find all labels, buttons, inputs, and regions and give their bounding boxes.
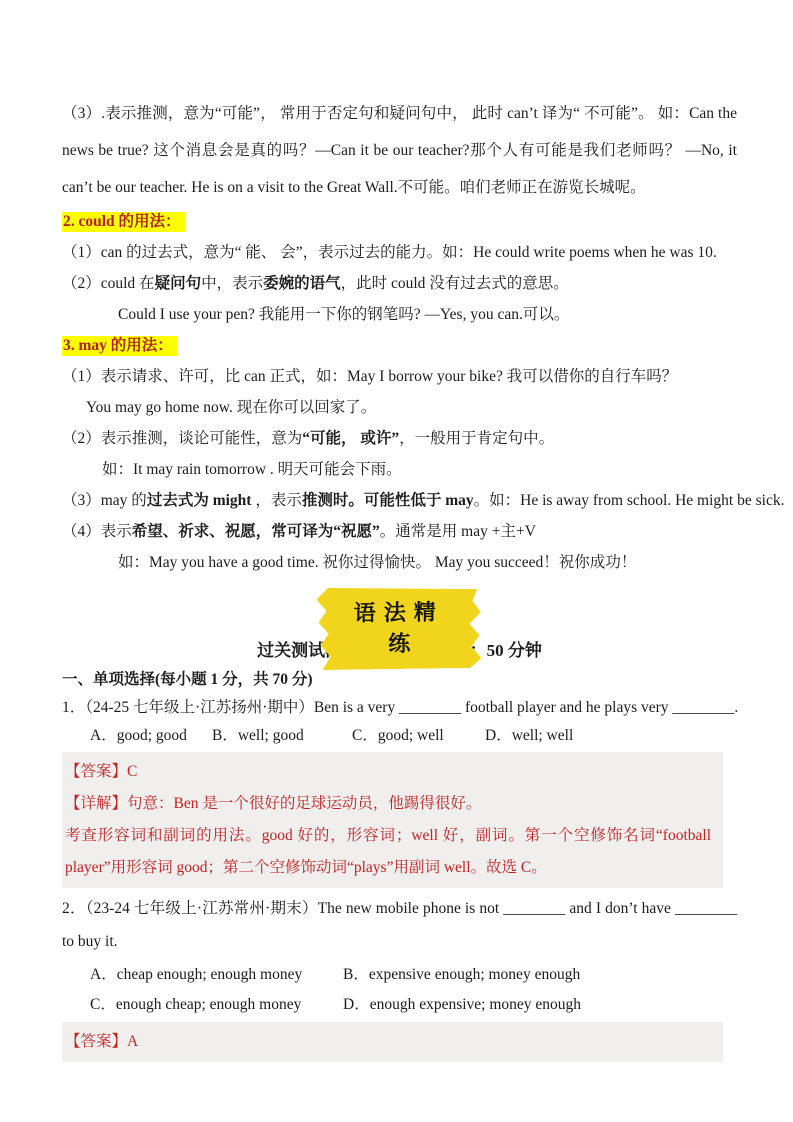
answer-block-q1: 【答案】C 【详解】句意：Ben 是一个很好的足球运动员，他踢得很好。 考查形容… (62, 752, 723, 888)
may-point-4: （4）表示希望、祈求、祝愿，常可译为“祝愿”。通常是用 may +主+V (62, 516, 737, 547)
explanation-q1-line1: 【详解】句意：Ben 是一个很好的足球运动员，他踢得很好。 (62, 788, 723, 820)
may-point-2-example: 如：It may rain tomorrow . 明天可能会下雨。 (62, 454, 737, 485)
question-1-option-d: D．well; well (485, 722, 737, 750)
could-usage-heading: 2. could 的用法： (62, 212, 185, 232)
answer-label-q2: 【答案】A (62, 1026, 723, 1058)
badge-label: 语法精练 (354, 600, 444, 657)
text-run: （2）表示推测，谈论可能性，意为 (62, 430, 302, 447)
bold-run: 过去式为 might (147, 492, 256, 509)
may-point-2: （2）表示推测，谈论可能性，意为“可能， 或许”，一般用于肯定句中。 (62, 423, 737, 454)
can-usage-point-3: （3）.表示推测，意为“可能”， 常用于否定句和疑问句中， 此时 can’t 译… (62, 96, 737, 206)
question-2-stem: 2．（23-24 七年级上·江苏常州·期末）The new mobile pho… (62, 892, 737, 958)
text-run: ，此时 could 没有过去式的意思。 (341, 275, 569, 292)
question-1-option-a: A．good; good (90, 722, 212, 750)
text-run: 。通常是用 may +主+V (380, 523, 536, 540)
explanation-q1-line2: 考查形容词和副词的用法。good 好的，形容词；well 好，副词。第一个空修饰… (62, 820, 723, 884)
question-2-option-d: D．enough expensive; money enough (343, 990, 737, 1020)
text-run: （2）could 在 (62, 275, 155, 292)
bold-run: 疑问句 (155, 275, 202, 292)
badge-row: 语法精练 (62, 587, 737, 633)
question-1-stem: 1．（24-25 七年级上·江苏扬州·期中）Ben is a very ____… (62, 694, 737, 722)
bold-run: 推测时。可能性低于 may (302, 492, 474, 509)
may-point-4-example: 如：May you have a good time. 祝你过得愉快。 May … (62, 547, 737, 578)
text-run: ，一般用于肯定句中。 (399, 430, 554, 447)
may-point-1-example: You may go home now. 现在你可以回家了。 (62, 392, 737, 423)
question-2-options: A．cheap enough; enough money B．expensive… (62, 960, 737, 1020)
section-title: 一、单项选择(每小题 1 分，共 70 分) (62, 666, 737, 694)
answer-label-q1: 【答案】C (62, 756, 723, 788)
text-run: 。如：He is away from school. He might be s… (474, 492, 785, 509)
question-1-option-c: C．good; well (352, 722, 485, 750)
question-2-option-a: A．cheap enough; enough money (90, 960, 343, 990)
could-usage-heading-line: 2. could 的用法： (62, 206, 737, 237)
text-run: （3）may 的 (62, 492, 147, 509)
could-example: Could I use your pen? 我能用一下你的钢笔吗? —Yes, … (62, 299, 737, 330)
could-point-1: （1）can 的过去式，意为“ 能、 会”，表示过去的能力。如：He could… (62, 237, 737, 268)
practice-section-badge: 语法精练 (317, 586, 482, 670)
bold-run: 希望、祈求、祝愿，常可译为“祝愿” (132, 523, 380, 540)
may-point-3: （3）may 的过去式为 might ，表示推测时。可能性低于 may。如：He… (62, 485, 737, 516)
may-usage-heading: 3. may 的用法： (62, 336, 177, 356)
grammar-notes-section: （3）.表示推测，意为“可能”， 常用于否定句和疑问句中， 此时 can’t 译… (62, 96, 737, 578)
bold-run: “可能， 或许” (302, 430, 399, 447)
document-page: （3）.表示推测，意为“可能”， 常用于否定句和疑问句中， 此时 can’t 译… (0, 0, 793, 1122)
question-2-option-c: C．enough cheap; enough money (90, 990, 343, 1020)
question-1-option-b: B．well; good (212, 722, 352, 750)
text-run: （4）表示 (62, 523, 132, 540)
bold-run: 委婉的语气 (263, 275, 341, 292)
text-run: 中，表示 (201, 275, 263, 292)
question-1-options: A．good; good B．well; good C．good; well D… (62, 722, 737, 750)
may-point-1: （1）表示请求、许可，比 can 正式，如：May I borrow your … (62, 361, 737, 392)
answer-block-q2: 【答案】A (62, 1022, 723, 1062)
text-run: ，表示 (255, 492, 302, 509)
could-point-2: （2）could 在疑问句中，表示委婉的语气，此时 could 没有过去式的意思… (62, 268, 737, 299)
may-usage-heading-line: 3. may 的用法： (62, 330, 737, 361)
question-2-option-b: B．expensive enough; money enough (343, 960, 737, 990)
